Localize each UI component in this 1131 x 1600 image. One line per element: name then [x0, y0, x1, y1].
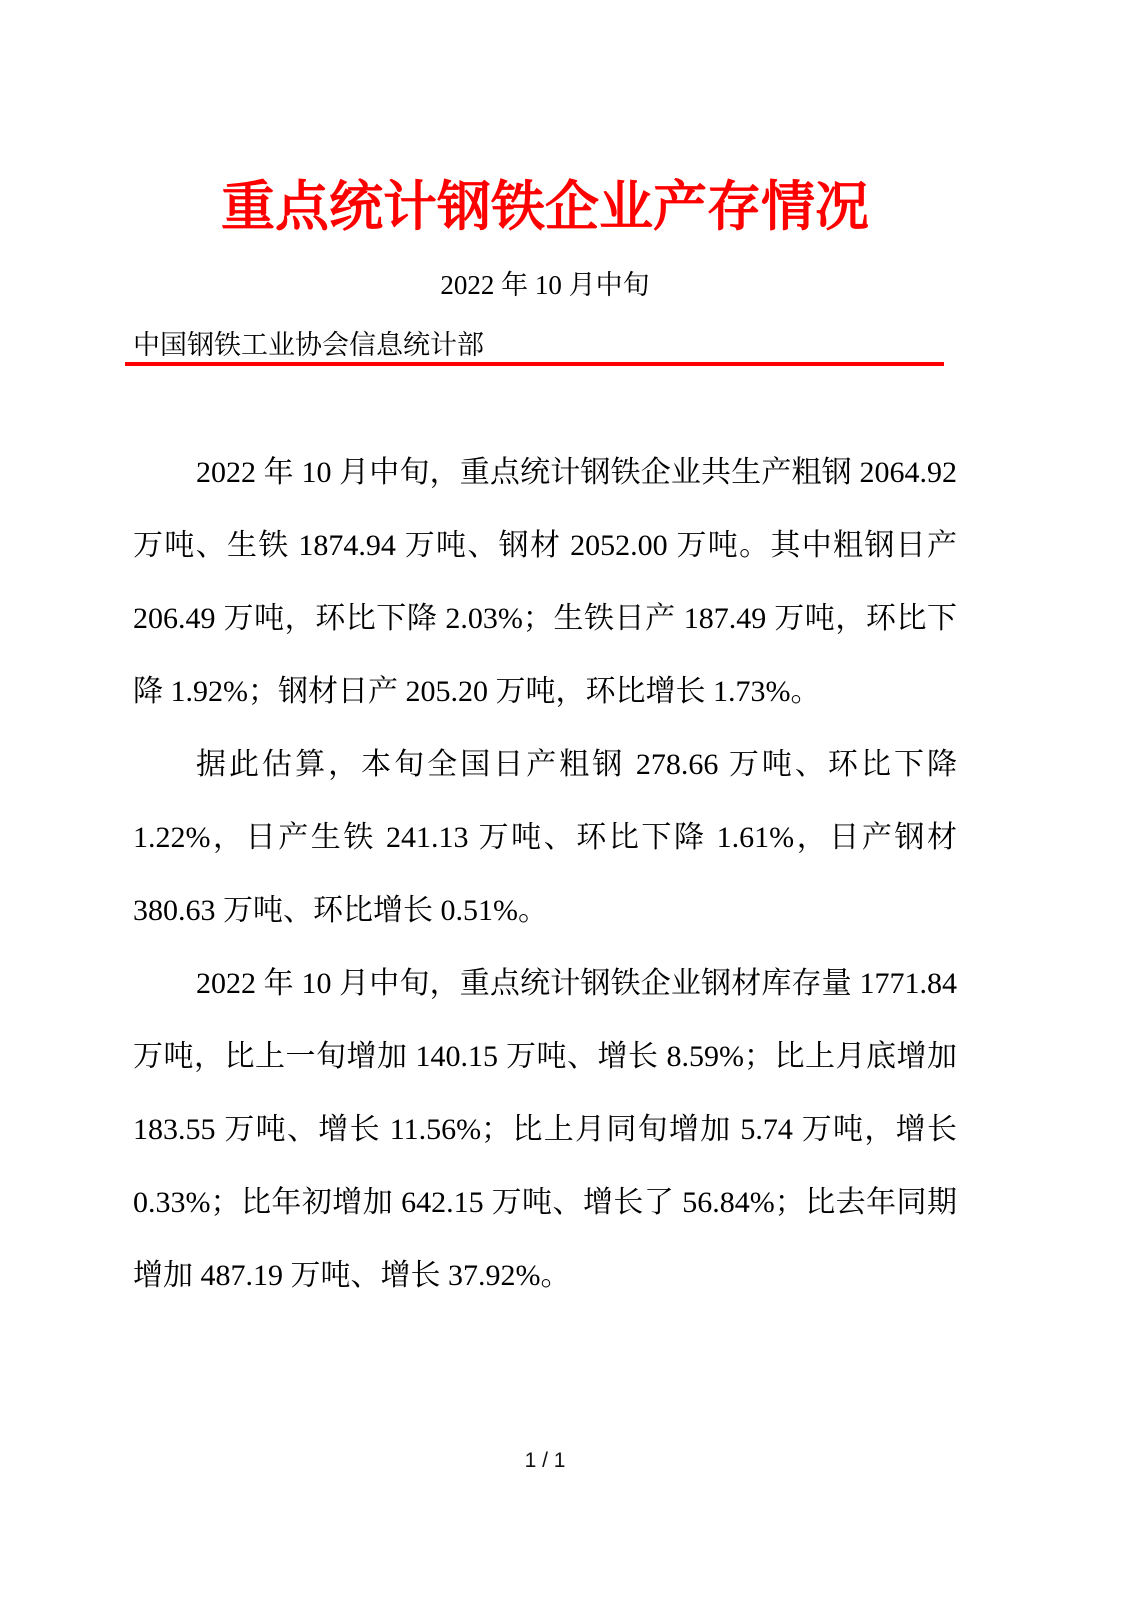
document-title: 重点统计钢铁企业产存情况	[133, 0, 957, 242]
document-content: 重点统计钢铁企业产存情况 2022 年 10 月中旬 中国钢铁工业协会信息统计部…	[133, 0, 957, 1476]
department-name: 中国钢铁工业协会信息统计部	[133, 327, 957, 363]
page-number-indicator: 1 / 1	[133, 1446, 957, 1476]
document-body: 2022 年 10 月中旬，重点统计钢铁企业共生产粗钢 2064.92 万吨、生…	[133, 436, 957, 1312]
document-subtitle: 2022 年 10 月中旬	[133, 265, 957, 305]
document-page: 重点统计钢铁企业产存情况 2022 年 10 月中旬 中国钢铁工业协会信息统计部…	[0, 0, 1131, 1600]
body-paragraph-national-estimate: 据此估算，本旬全国日产粗钢 278.66 万吨、环比下降 1.22%，日产生铁 …	[133, 728, 957, 947]
body-paragraph-inventory: 2022 年 10 月中旬，重点统计钢铁企业钢材库存量 1771.84 万吨，比…	[133, 947, 957, 1312]
body-paragraph-production: 2022 年 10 月中旬，重点统计钢铁企业共生产粗钢 2064.92 万吨、生…	[133, 436, 957, 728]
